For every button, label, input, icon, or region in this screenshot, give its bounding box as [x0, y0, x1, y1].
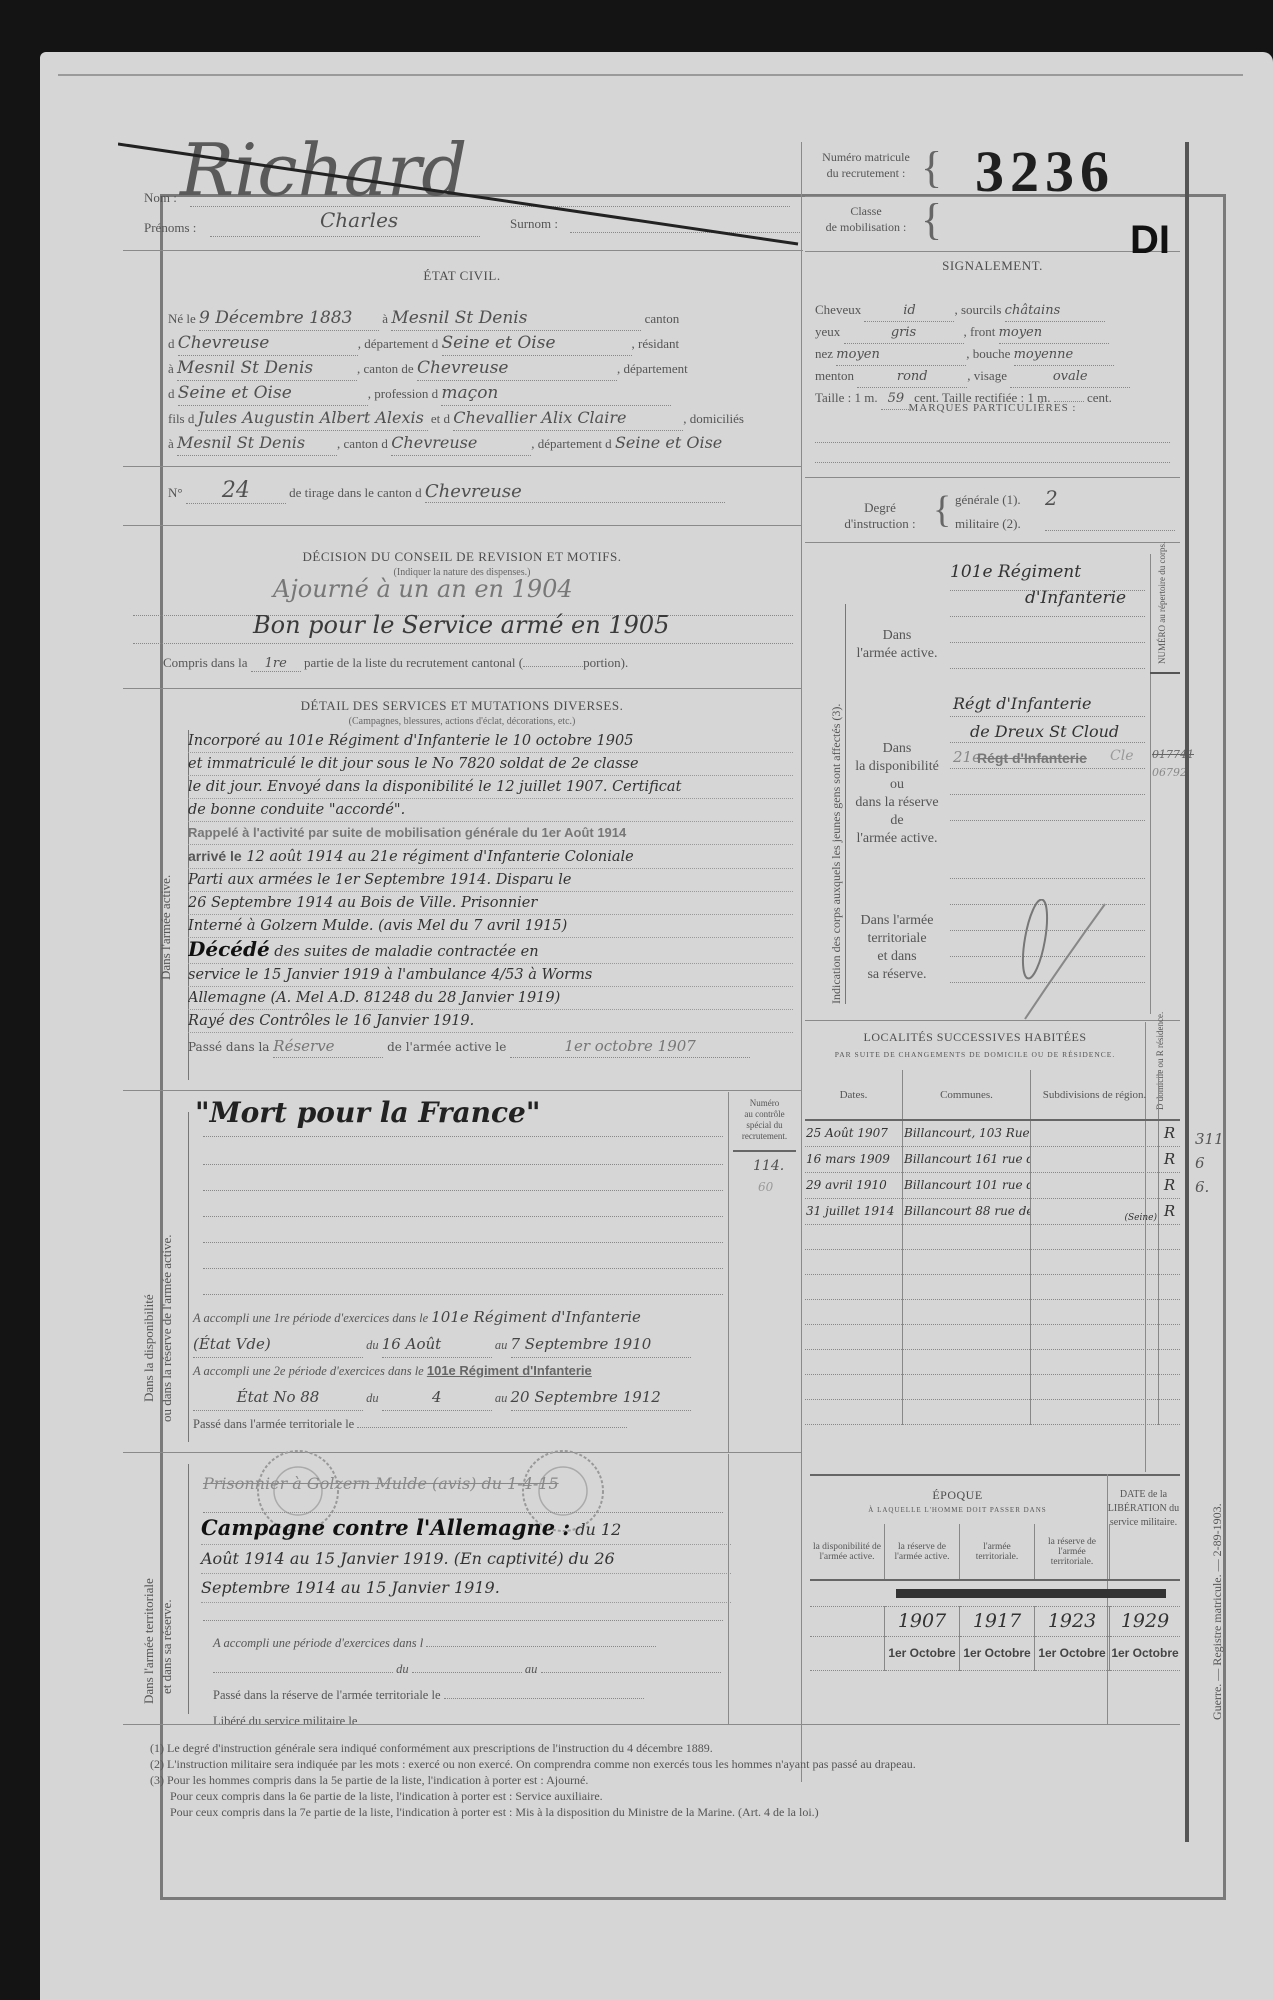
- matricule-block: Numéro matricule du recrutement : { 3236…: [805, 142, 1180, 242]
- decision-title: DÉCISION DU CONSEIL DE REVISION ET MOTIF…: [123, 549, 801, 565]
- birth-departement: Seine et Oise: [442, 331, 632, 356]
- etat-civil-section: ÉTAT CIVIL. Né le 9 Décembre 1883 à Mesn…: [123, 252, 801, 522]
- terr-side-label-1: Dans l'armée territoriale: [141, 1578, 157, 1704]
- localite-row: 16 mars 1909Billancourt 161 rue de Belle…: [805, 1146, 1180, 1172]
- localite-row: 29 avril 1910Billancourt 101 rue de Bell…: [805, 1172, 1180, 1198]
- periode1-corps: 101e Régiment d'Infanterie: [431, 1308, 641, 1326]
- services-text: Incorporé au 101e Régiment d'Infanterie …: [188, 730, 793, 1058]
- periode1-note: (État Vde): [193, 1331, 363, 1358]
- territoriale-passe-label: Passé dans l'armée territoriale le: [193, 1417, 354, 1431]
- birth-canton: Chevreuse: [178, 331, 358, 356]
- terr-reserve-label: Passé dans la réserve de l'armée territo…: [213, 1688, 441, 1702]
- decision-line-1: Ajourné à un an en 1904: [273, 575, 573, 603]
- loc-date: 29 avril 1910: [805, 1172, 903, 1198]
- footnote: (3) Pour les hommes compris dans la 5e p…: [150, 1772, 1170, 1788]
- loc-date: 31 juillet 1914: [805, 1198, 903, 1224]
- service-line: Incorporé au 101e Régiment d'Infanterie …: [188, 730, 793, 753]
- epoque-col: la disponibilité de l'armée active.: [810, 1524, 885, 1580]
- epoque-day: 1er Octobre: [960, 1636, 1035, 1670]
- active-label-2: l'armée active.: [847, 646, 947, 662]
- loc-type: R: [1159, 1146, 1181, 1172]
- disponibilite-section: Dans la disponibilité ou dans la réserve…: [123, 1092, 801, 1452]
- cheveux: id: [864, 301, 954, 322]
- epoque-year: 1917: [960, 1606, 1035, 1636]
- classe-label-2: de mobilisation :: [811, 220, 921, 235]
- campagne-text-2: Août 1914 au 15 Janvier 1919. (En captiv…: [201, 1545, 731, 1574]
- signalement-title: SIGNALEMENT.: [805, 258, 1180, 274]
- decision-line-2: Bon pour le Service armé en 1905: [253, 611, 669, 639]
- rappel-printed: Rappelé à l'activité par suite de mobili…: [188, 822, 793, 845]
- localites-margin-notes: 31166.: [1195, 1130, 1235, 1226]
- periode2-corps: 101e Régiment d'Infanterie: [427, 1363, 592, 1378]
- localites-title: LOCALITÉS SUCCESSIVES HABITÉES: [805, 1030, 1145, 1045]
- mort-pour-la-france: "Mort pour la France": [195, 1096, 540, 1129]
- numero-controle-2: 60: [758, 1180, 773, 1194]
- terr-side-label-2: et dans sa réserve.: [159, 1599, 175, 1694]
- localites-section: LOCALITÉS SUCCESSIVES HABITÉES PAR SUITE…: [805, 1022, 1180, 1472]
- service-line: le dit jour. Envoyé dans la disponibilit…: [188, 776, 793, 799]
- menton: rond: [857, 367, 967, 388]
- footnotes: (1) Le degré d'instruction générale sera…: [150, 1740, 1170, 1820]
- passe-label: Passé dans la: [188, 1040, 269, 1054]
- etat-civil-title: ÉTAT CIVIL.: [123, 268, 801, 284]
- father-name: Jules Augustin Albert Alexis: [198, 406, 428, 431]
- epoque-col: la réserve de l'armée active.: [885, 1524, 960, 1580]
- parents-domicile: Mesnil St Denis: [177, 431, 337, 456]
- affectations-section: Indication des corps auxquels les jeunes…: [805, 544, 1180, 1014]
- instruction-generale: 2: [1045, 486, 1058, 510]
- periode1-au: 7 Septembre 1910: [511, 1331, 691, 1358]
- loc-date: 16 mars 1909: [805, 1146, 903, 1172]
- periode2-label: A accompli une 2e période d'exercices da…: [193, 1364, 424, 1378]
- matricule-number: 3236: [975, 138, 1115, 205]
- dispo-suffix: Cle: [1110, 748, 1133, 764]
- dispo-side-label-1: Dans la disponibilité: [141, 1294, 157, 1402]
- epoque-year: 1923: [1035, 1606, 1110, 1636]
- loc-date: 25 Août 1907: [805, 1120, 903, 1146]
- footnote: Pour ceux compris dans la 6e partie de l…: [150, 1788, 1170, 1804]
- epoque-title: ÉPOQUE: [810, 1488, 1105, 1503]
- side-label-active: Dans l'armée active.: [158, 875, 174, 980]
- epoque-col: l'armée territoriale.: [960, 1524, 1035, 1580]
- decede-text: des suites de maladie contractée en: [274, 944, 538, 960]
- residence: Mesnil St Denis: [177, 356, 357, 381]
- matricule-label-2: du recrutement :: [811, 166, 921, 181]
- territoriale-section: Dans l'armée territoriale et dans sa rés…: [123, 1454, 801, 1724]
- active-corps-1: 101e Régiment: [950, 562, 1081, 582]
- dispo-corps-2: de Dreux St Cloud: [970, 722, 1119, 741]
- numero-repertoire-label: NUMÉRO au répertoire du corps.: [1157, 554, 1167, 664]
- loc-commune: Billancourt, 103 Rue de Silly: [903, 1120, 1031, 1146]
- service-line: de bonne conduite "accordé".: [188, 799, 793, 822]
- numero-controle-label: Numéroau contrôlespécial durecrutement.: [728, 1098, 801, 1142]
- arrive-label: arrivé le: [188, 848, 242, 864]
- loc-commune: Billancourt 161 rue de Bellevue: [903, 1146, 1031, 1172]
- epoque-table: la disponibilité de l'armée active.la ré…: [810, 1524, 1180, 1671]
- bouche: moyenne: [1014, 345, 1114, 366]
- margin-note: 6.: [1195, 1178, 1235, 1202]
- active-label: Dans: [847, 628, 947, 644]
- margin-note: [1195, 1202, 1235, 1226]
- zero-mark: [1005, 899, 1115, 1029]
- loc-subdivision: [1031, 1120, 1159, 1146]
- numero-value: 06792: [1152, 766, 1187, 779]
- col-dates: Dates.: [805, 1070, 903, 1120]
- col-subdivisions: Subdivisions de région.: [1031, 1070, 1159, 1120]
- militaire-label: militaire (2).: [955, 516, 1021, 532]
- tirage-canton: Chevreuse: [425, 481, 725, 503]
- armee-active-label: de l'armée active le: [387, 1040, 506, 1054]
- campagne-title: Campagne contre l'Allemagne :: [201, 1515, 570, 1540]
- strike-line: [118, 140, 803, 250]
- periode2-note: État No 88: [193, 1384, 363, 1411]
- arrive-value: 12 août 1914 au 21e régiment d'Infanteri…: [246, 849, 633, 865]
- services-section: DÉTAIL DES SERVICES ET MUTATIONS DIVERSE…: [123, 690, 801, 1090]
- localite-row: 31 juillet 1914Billancourt 88 rue de Bel…: [805, 1198, 1180, 1224]
- active-corps-2: d'Infanterie: [1025, 588, 1126, 608]
- parents-canton: Chevreuse: [391, 431, 531, 456]
- loc-type: R: [1159, 1198, 1181, 1224]
- front: moyen: [999, 323, 1109, 344]
- localites-table: Dates. Communes. Subdivisions de région.…: [805, 1070, 1180, 1425]
- epoque-subtitle: À LAQUELLE L'HOMME DOIT PASSER DANS: [810, 1506, 1105, 1514]
- residence-departement: Seine et Oise: [178, 381, 368, 406]
- dispo-label: Dansla disponibilitéoudans la réservedel…: [847, 740, 947, 848]
- epoque-day: 1er Octobre: [885, 1636, 960, 1670]
- marques-title: MARQUES PARTICULIÈRES :: [805, 402, 1180, 414]
- partie: 1re: [251, 656, 301, 672]
- epoque-col: la réserve de l'armée territoriale.: [1035, 1524, 1110, 1580]
- epoque-day: 1er Octobre: [1035, 1636, 1110, 1670]
- epoque-year: [810, 1606, 885, 1636]
- periode2-du: 4: [382, 1384, 492, 1411]
- epoque-year: 1929: [1110, 1606, 1181, 1636]
- loc-subdivision: (Seine): [1031, 1198, 1159, 1224]
- loc-type: R: [1159, 1172, 1181, 1198]
- periode1-label: A accompli une 1re période d'exercices d…: [193, 1311, 428, 1325]
- localite-row: 25 Août 1907Billancourt, 103 Rue de Sill…: [805, 1120, 1180, 1146]
- signalement-section: SIGNALEMENT. Cheveux id, sourcils châtai…: [805, 252, 1180, 542]
- services-subtitle: (Campagnes, blessures, actions d'éclat, …: [123, 716, 801, 727]
- numero-controle-1: 114.: [753, 1158, 784, 1174]
- decede-mark: Décédé: [188, 938, 270, 961]
- matricule-label: Numéro matricule: [811, 150, 921, 165]
- epoque-day: 1er Octobre: [1110, 1636, 1181, 1670]
- epoque-day: [810, 1636, 885, 1670]
- profession: maçon: [441, 381, 671, 406]
- name-block: Richard Nom : Prénoms : Charles Surnom :: [120, 142, 800, 247]
- struck-line: Prisonnier à Golzern Mulde (avis) du 1-4…: [203, 1474, 559, 1493]
- periode1-du: 16 Août: [382, 1331, 492, 1358]
- footnote: (2) L'instruction militaire sera indiqué…: [150, 1756, 1170, 1772]
- dispo-side-label-2: ou dans la réserve de l'armée active.: [159, 1235, 175, 1423]
- birth-date: 9 Décembre 1883: [199, 306, 379, 331]
- service-line: et immatriculé le dit jour sous le No 78…: [188, 753, 793, 776]
- libere-label: Libéré du service militaire le: [213, 1714, 357, 1728]
- service-line: Allemagne (A. Mel A.D. 81248 du 28 Janvi…: [188, 987, 793, 1010]
- service-line: 26 Septembre 1914 au Bois de Ville. Pris…: [188, 892, 793, 915]
- loc-type: R: [1159, 1120, 1181, 1146]
- classe-label: Classe: [811, 204, 921, 219]
- numero-tirage: 24: [186, 478, 286, 504]
- visage: ovale: [1010, 367, 1130, 388]
- epoque-year: 1907: [885, 1606, 960, 1636]
- campagne-text-3: Septembre 1914 au 15 Janvier 1919.: [201, 1574, 731, 1603]
- periode2-au: 20 Septembre 1912: [511, 1384, 691, 1411]
- services-title: DÉTAIL DES SERVICES ET MUTATIONS DIVERSE…: [123, 698, 801, 714]
- loc-subdivision: [1031, 1172, 1159, 1198]
- affectations-side-label: Indication des corps auxquels les jeunes…: [829, 704, 844, 1004]
- loc-commune: Billancourt 101 rue de Bellevue: [903, 1172, 1031, 1198]
- col-communes: Communes.: [903, 1070, 1031, 1120]
- residence-canton: Chevreuse: [417, 356, 617, 381]
- passe-dans-value: Réserve: [273, 1035, 383, 1058]
- margin-note: 6: [1195, 1154, 1235, 1178]
- passe-date: 1er octobre 1907: [510, 1035, 750, 1058]
- service-line: Interné à Golzern Mulde. (avis Mel du 7 …: [188, 915, 793, 938]
- localites-subtitle: PAR SUITE DE CHANGEMENTS DE DOMICILE OU …: [805, 1050, 1145, 1059]
- mother-name: Chevallier Alix Claire: [453, 406, 683, 431]
- service-line: Parti aux armées le 1er Septembre 1914. …: [188, 869, 793, 892]
- territoriale-label: Dans l'arméeterritorialeet danssa réserv…: [847, 912, 947, 984]
- dispo-corps-1: Régt d'Infanterie: [953, 694, 1091, 713]
- birth-place: Mesnil St Denis: [391, 306, 641, 331]
- terr-periode-label: A accompli une période d'exercices dans …: [213, 1636, 423, 1650]
- margin-note: 311: [1195, 1130, 1235, 1154]
- sourcils: châtains: [1005, 301, 1105, 322]
- generale-label: générale (1).: [955, 492, 1021, 508]
- epoque-section: ÉPOQUE À LAQUELLE L'HOMME DOIT PASSER DA…: [810, 1474, 1180, 1724]
- dispo-corps-printed: Régt d'Infanterie: [977, 750, 1087, 766]
- degre-label: Degré: [825, 500, 935, 516]
- service-line: service le 15 Janvier 1919 à l'ambulance…: [188, 964, 793, 987]
- margin-imprint: Guerre. — Registre matricule. — 2-89-190…: [1210, 1503, 1225, 1720]
- loc-commune: Billancourt 88 rue de Bellevue: [903, 1198, 1031, 1224]
- yeux: gris: [844, 323, 964, 344]
- nez: moyen: [836, 345, 966, 366]
- footnote: Pour ceux compris dans la 7e partie de l…: [150, 1804, 1170, 1820]
- footnote: (1) Le degré d'instruction générale sera…: [150, 1740, 1170, 1756]
- campagne-text-1: du 12: [575, 1520, 621, 1539]
- degre-label-2: d'instruction :: [825, 516, 935, 532]
- parents-departement: Seine et Oise: [615, 433, 722, 452]
- service-line: Rayé des Contrôles le 16 Janvier 1919.: [188, 1010, 793, 1033]
- decision-section: DÉCISION DU CONSEIL DE REVISION ET MOTIF…: [123, 527, 801, 682]
- loc-subdivision: [1031, 1146, 1159, 1172]
